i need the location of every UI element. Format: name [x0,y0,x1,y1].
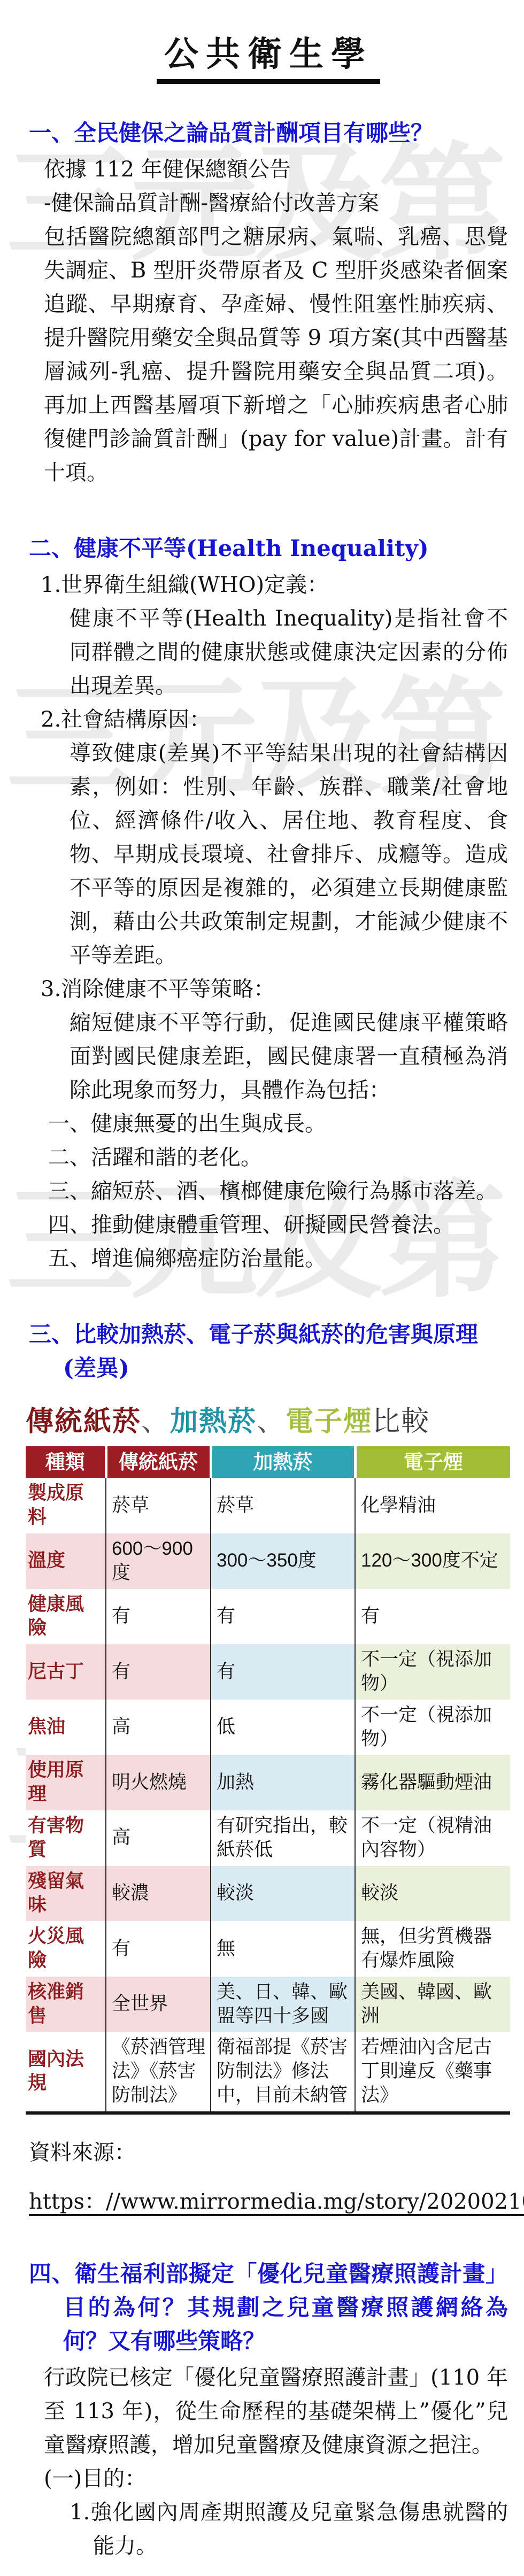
table-cell: 有 [211,1589,355,1645]
section4-sub-item: 1.強化國內周產期照護及兒童緊急傷患就醫的能力。 [70,2496,508,2563]
table-cell: 不一定（視添加物） [355,1644,510,1700]
row-label: 焦油 [26,1700,106,1755]
table-header-type: 種類 [26,1446,106,1478]
table-cell: 600〜900度 [106,1533,211,1589]
section4-heading: 四、衛生福利部擬定「優化兒童醫療照護計畫」目的為何？其規劃之兒童醫療照護網絡為何… [29,2257,508,2358]
section1-line2: -健保論品質計酬-醫療給付改善方案 [44,187,508,220]
table-row: 使用原理 明火燃燒 加熱 霧化器驅動煙油 [26,1755,510,1810]
table-row: 殘留氣味 較濃 較淡 較淡 [26,1866,510,1922]
document-content: 公共衛生學 一、全民健保之論品質計酬項目有哪些？ 依據 112 年健保總額公告 … [0,0,524,2576]
table-cell: 120〜300度不定 [355,1533,510,1589]
section2-heading: 二、健康不平等(Health Inequality) [29,531,508,565]
table-header-ecig: 電子煙 [355,1446,510,1478]
comparison-figure: 傳統紙菸、加熱菸、電子煙比較 種類 傳統紙菸 加熱菸 電子煙 製成原料 [29,1399,508,2115]
table-cell: 明火燃燒 [106,1755,211,1810]
table-cell: 有 [106,1921,211,1977]
row-label: 健康風險 [26,1589,106,1645]
section4-paragraph: 行政院已核定「優化兒童醫療照護計畫」(110 年至 113 年)，從生命歷程的基… [44,2361,508,2462]
row-label: 火災風險 [26,1921,106,1977]
section2-item3-body: 縮短健康不平等行動，促進國民健康平權策略面對國民健康差距，國民健康署一直積極為消… [70,1006,508,1107]
table-cell: 較濃 [106,1866,211,1922]
section2-item2-label: 2.社會結構原因： [41,703,508,737]
title-row: 公共衛生學 [29,27,508,84]
figure-title-suffix: 比較 [372,1406,430,1437]
figure-title-heated: 加熱菸 [170,1406,257,1437]
section3-heading-line2: (差異) [63,1351,508,1385]
table-cell: 較淡 [355,1866,510,1922]
section2-item3-label: 3.消除健康不平等策略： [41,973,508,1006]
list-item: 三、縮短菸、酒、檳榔健康危險行為縣市落差。 [48,1175,508,1208]
section2-item1-label: 1.世界衛生組織(WHO)定義： [41,568,508,602]
table-cell: 《菸酒管理法》《菸害防制法》 [106,2032,211,2112]
row-label: 核准銷售 [26,1977,106,2032]
table-row: 火災風險 有 無 無，但劣質機器有爆炸風險 [26,1921,510,1977]
table-cell: 有研究指出，較紙菸低 [211,1810,355,1866]
section2-item1-body: 健康不平等(Health Inequality)是指社會不同群體之間的健康狀態或… [70,602,508,703]
table-cell: 高 [106,1700,211,1755]
table-cell: 有 [211,1644,355,1700]
section3-heading-line1: 三、比較加熱菸、電子菸與紙菸的危害與原理 [29,1317,508,1351]
row-label: 殘留氣味 [26,1866,106,1922]
table-cell: 高 [106,1810,211,1866]
table-cell: 低 [211,1700,355,1755]
table-cell: 有 [106,1589,211,1645]
section1-line1: 依據 112 年健保總額公告 [44,153,508,187]
table-cell: 美國、韓國、歐洲 [355,1977,510,2032]
table-cell: 有 [106,1644,211,1700]
table-cell: 無 [211,1921,355,1977]
section1-heading: 一、全民健保之論品質計酬項目有哪些？ [29,116,508,150]
row-label: 使用原理 [26,1755,106,1810]
row-label: 國內法規 [26,2032,106,2112]
table-header-traditional: 傳統紙菸 [106,1446,211,1478]
table-cell: 有 [355,1589,510,1645]
section2-item2-body: 導致健康(差異)不平等結果出現的社會結構因素，例如：性別、年齡、族群、職業/社會… [70,737,508,973]
table-cell: 300〜350度 [211,1533,355,1589]
table-cell: 化學精油 [355,1478,510,1533]
figure-title-separator: 、 [257,1406,286,1437]
table-cell: 衛福部提《菸害防制法》修法中，目前未納管 [211,2032,355,2112]
list-item: 四、推動健康體重管理、研擬國民營養法。 [48,1208,508,1242]
table-cell: 菸草 [106,1478,211,1533]
table-cell: 美、日、韓、歐盟等四十多國 [211,1977,355,2032]
table-cell: 若煙油內含尼古丁則違反《藥事法》 [355,2032,510,2112]
figure-title: 傳統紙菸、加熱菸、電子煙比較 [26,1399,508,1439]
table-row: 健康風險 有 有 有 [26,1589,510,1645]
table-cell: 全世界 [106,1977,211,2032]
source-link[interactable]: https：//www.mirrormedia.mg/story/2020021… [29,2185,524,2215]
table-cell: 無，但劣質機器有爆炸風險 [355,1921,510,1977]
table-header-heated: 加熱菸 [211,1446,355,1478]
table-cell: 較淡 [211,1866,355,1922]
table-header-row: 種類 傳統紙菸 加熱菸 電子煙 [26,1446,510,1478]
row-label: 尼古丁 [26,1644,106,1700]
page-title: 公共衛生學 [157,27,380,84]
table-row: 有害物質 高 有研究指出，較紙菸低 不一定（視精油內容物） [26,1810,510,1866]
table-row: 核准銷售 全世界 美、日、韓、歐盟等四十多國 美國、韓國、歐洲 [26,1977,510,2032]
table-row: 國內法規 《菸酒管理法》《菸害防制法》 衛福部提《菸害防制法》修法中，目前未納管… [26,2032,510,2112]
source-label: 資料來源： [29,2136,508,2170]
comparison-table: 種類 傳統紙菸 加熱菸 電子煙 製成原料 菸草 菸草 化學精油 溫度 [26,1446,510,2115]
table-cell: 加熱 [211,1755,355,1810]
table-cell: 菸草 [211,1478,355,1533]
source-block: 資料來源： https：//www.mirrormedia.mg/story/2… [29,2136,508,2215]
table-cell: 霧化器驅動煙油 [355,1755,510,1810]
table-row: 焦油 高 低 不一定（視添加物） [26,1700,510,1755]
row-label: 溫度 [26,1533,106,1589]
row-label: 有害物質 [26,1810,106,1866]
figure-title-ecig: 電子煙 [286,1406,372,1437]
table-row: 製成原料 菸草 菸草 化學精油 [26,1478,510,1533]
row-label: 製成原料 [26,1478,106,1533]
figure-title-traditional: 傳統紙菸 [26,1406,141,1437]
table-cell: 不一定（視精油內容物） [355,1810,510,1866]
list-item: 二、活躍和諧的老化。 [48,1141,508,1175]
list-item: 一、健康無憂的出生與成長。 [48,1107,508,1141]
figure-title-separator: 、 [141,1406,170,1437]
document-page: 三元及第 三元及第 三元及第 三元及第 公共衛生學 一、全民健保之論品質計酬項目… [0,0,524,2576]
table-row: 尼古丁 有 有 不一定（視添加物） [26,1644,510,1700]
table-row: 溫度 600〜900度 300〜350度 120〜300度不定 [26,1533,510,1589]
section1-paragraph: 包括醫院總額部門之糖尿病、氣喘、乳癌、思覺失調症、B 型肝炎帶原者及 C 型肝炎… [44,220,508,490]
list-item: 五、增進偏鄉癌症防治量能。 [48,1242,508,1276]
section4-sub-heading: (一)目的： [44,2462,508,2496]
table-cell: 不一定（視添加物） [355,1700,510,1755]
